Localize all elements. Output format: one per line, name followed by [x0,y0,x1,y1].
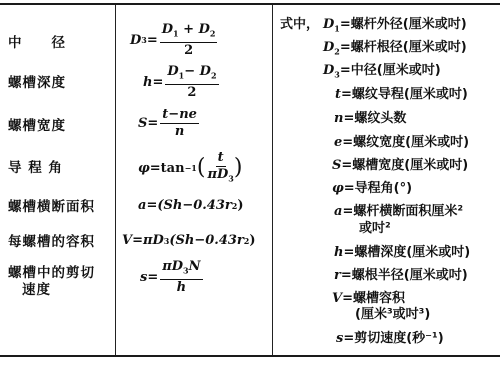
formula-cross-section-area: a=(Sh−0.43r2) [138,198,243,213]
def-shear: s=剪切速度(秒⁻¹) [336,330,444,347]
legend-prefix: 式中， [280,16,319,33]
def-phi: φ=导程角(°) [332,180,412,197]
def-r: r=螺根半径(厘米或吋) [334,267,468,284]
def-e: e=螺纹宽度(厘米或吋) [334,134,469,151]
top-rule [0,3,500,5]
def-v: V=螺槽容积 [332,290,405,307]
row-name-channel-width: 螺槽宽度 [8,118,66,135]
row-name-shear-rate-line2: 速度 [22,282,51,299]
column-divider-1 [115,5,116,355]
row-name-shear-rate: 螺槽中的剪切 [8,265,95,282]
def-h: h=螺槽深度(厘米或吋) [334,244,470,261]
row-name-pitch-diameter: 中 径 [8,35,66,52]
def-t: t=螺纹导程(厘米或吋) [335,86,468,103]
formula-channel-volume: V=πD3(Sh−0.43r2) [122,233,256,248]
bottom-rule [0,355,500,357]
def-d3: D3=中径(厘米或吋) [323,62,441,84]
column-divider-2 [272,5,273,355]
row-name-channel-depth: 螺槽深度 [8,75,66,92]
formula-channel-width: S= t−nen [138,107,199,140]
def-n: n=螺纹头数 [334,110,406,127]
def-d1: D1=螺杆外径(厘米或吋) [323,16,467,38]
formula-shear-rate: s= πD3Nh [140,259,203,296]
def-a: a=螺杆横断面积厘米² [334,203,463,220]
def-d2: D2=螺杆根径(厘米或吋) [323,39,467,61]
def-s: S=螺槽宽度(厘米或吋) [332,157,468,174]
row-name-channel-volume: 每螺槽的容积 [8,234,95,251]
def-v-line2: (厘米³或吋³) [355,306,430,323]
formula-pitch-diameter: D3= D1 + D22 [130,22,217,59]
def-a-line2: 或吋² [359,220,391,237]
row-name-lead-angle: 导 程 角 [8,160,63,177]
row-name-cross-section-area: 螺槽横断面积 [8,199,95,216]
formula-lead-angle: φ=tan−1 ( tπD3 ) [138,150,242,187]
formula-channel-depth: h= D1− D22 [143,64,219,101]
